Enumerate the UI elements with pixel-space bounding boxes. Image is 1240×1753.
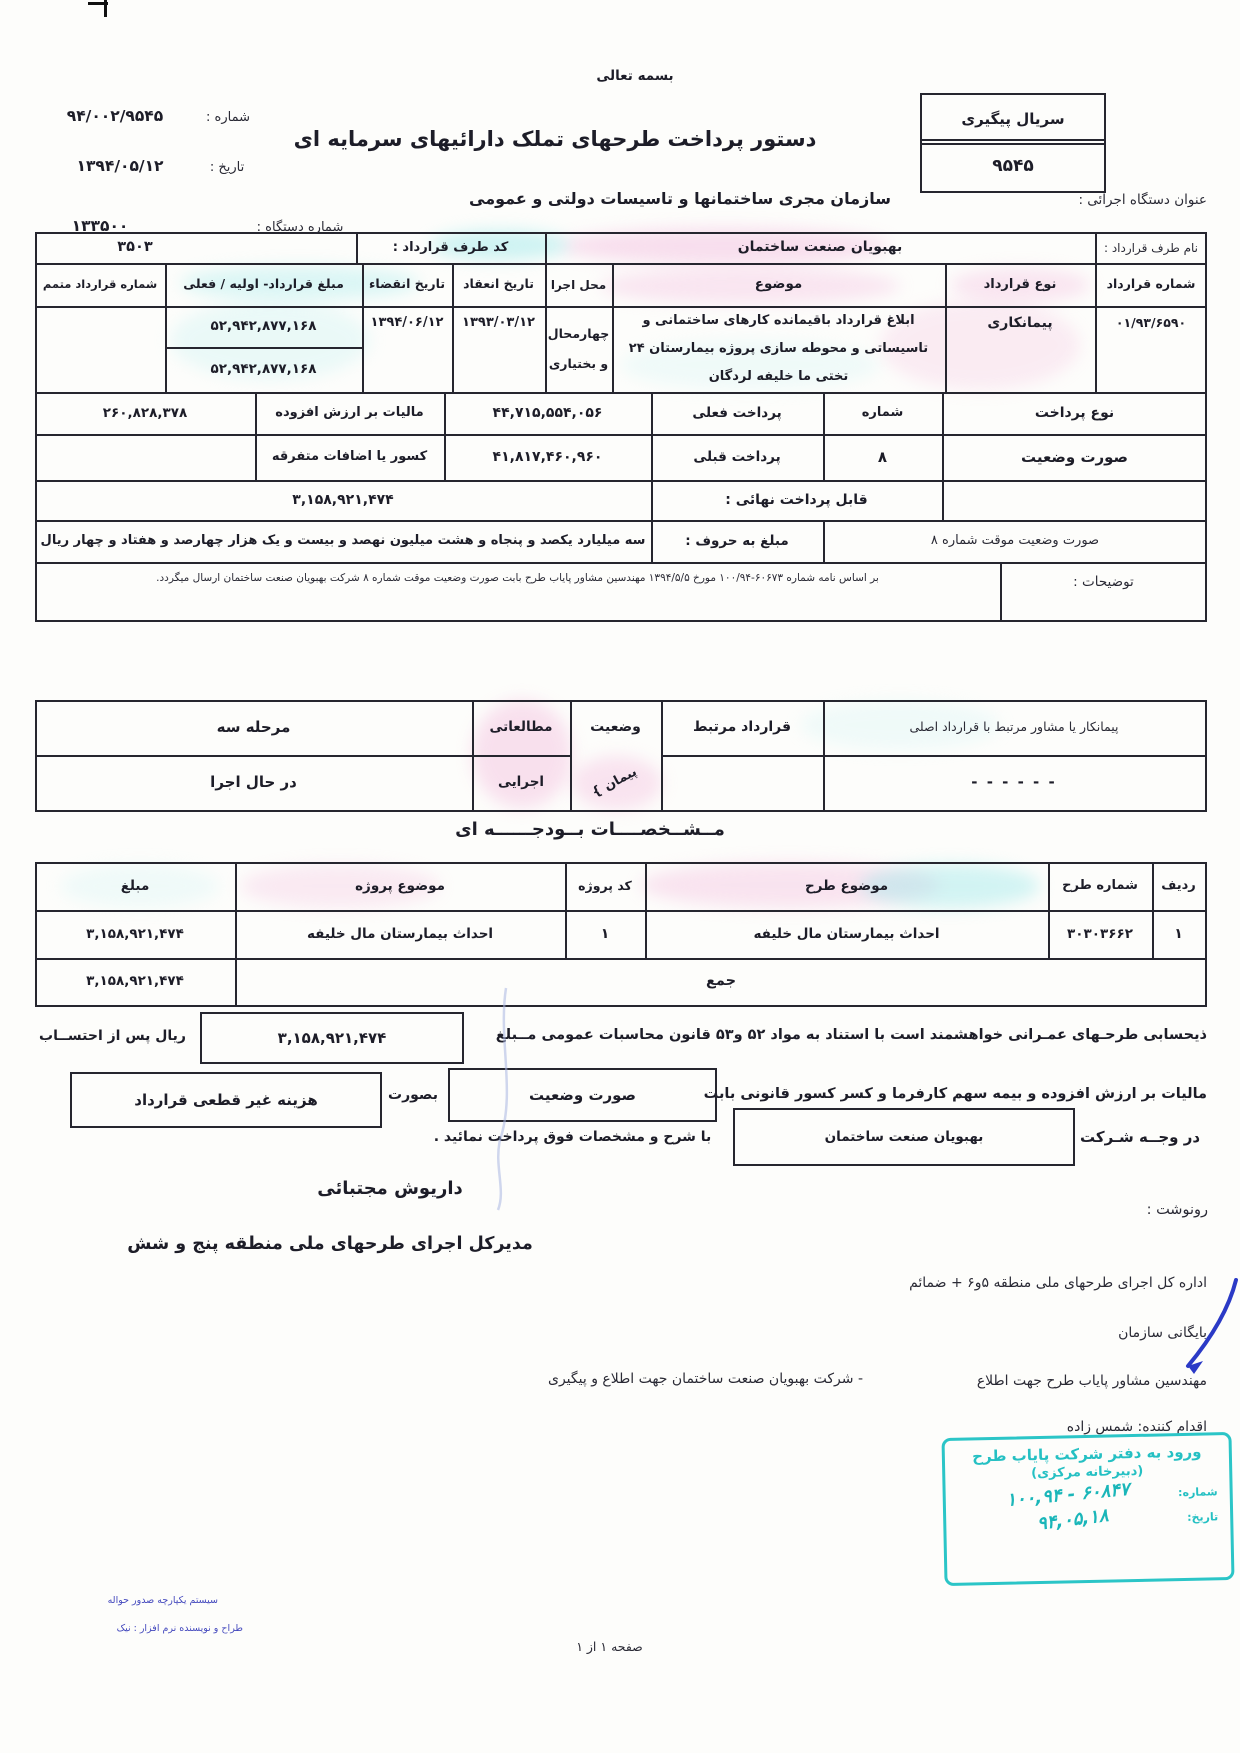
contract-amount-initial: ۵۲,۹۴۲,۸۷۷,۱۶۸ [165, 306, 362, 347]
contract-type-value: پیمانکاری [945, 306, 1095, 340]
contract-sign-date-value: ۱۳۹۳/۰۳/۱۲ [452, 306, 545, 340]
stamp-date-label: تاریخ: [1187, 1510, 1218, 1524]
device-number-label: شماره دستگاه : [240, 216, 360, 240]
budget-row-plan-subject: احداث بیمارستان مال خلیفه [645, 910, 1048, 958]
status-option-study: مطالعاتی [472, 700, 570, 755]
footer-software-credit: طراح و نویسنده نرم افزار : نیک [58, 1622, 243, 1636]
doc-date-value: ۱۳۹۴/۰۵/۱۲ [45, 154, 195, 180]
doc-number-label: شماره : [193, 106, 263, 130]
instruction-line1-text: ذیحسابی طرحـهای عمـرانی خواهشمند است با … [470, 1012, 1207, 1060]
contract-location-value: چهارمحال و بختیاری [545, 306, 612, 392]
contract-sign-date-header: تاریخ انعقاد [452, 263, 545, 306]
budget-row-plan-no: ۳۰۳۰۳۶۶۲ [1048, 910, 1152, 958]
budget-row-project-code: ۱ [565, 910, 645, 958]
budget-header-plan-subject: موضوع طرح [645, 862, 1048, 910]
tracking-serial-value: ۹۵۴۵ [920, 139, 1106, 193]
scan-corner-mark [104, 0, 107, 17]
scanned-payment-order-document: بسمه تعالی دستور پرداخت طرحهای تملک دارا… [0, 0, 1240, 1753]
doc-number-value: ۹۴/۰۰۲/۹۵۴۵ [40, 104, 190, 130]
net-payable-value: ۳,۱۵۸,۹۲۱,۴۷۴ [35, 480, 651, 520]
contract-expire-date-value: ۱۳۹۴/۰۶/۱۲ [362, 306, 452, 340]
stamp-title: ورود به دفتر شرکت پایاب طرح [972, 1443, 1202, 1466]
current-payment-value: ۴۴,۷۱۵,۵۵۴,۰۵۶ [444, 392, 651, 434]
entry-stamp: ورود به دفتر شرکت پایاب طرح (دبیرخانه مر… [941, 1432, 1234, 1586]
budget-total-label: جمع [235, 958, 1207, 1005]
payment-type-header: نوع پرداخت [942, 392, 1207, 434]
contract-amount-current: ۵۲,۹۴۲,۸۷۷,۱۶۸ [165, 349, 362, 390]
related-contractor-label: پیمانکار یا مشاور مرتبط با قرارداد اصلی [823, 700, 1205, 755]
grid-line [35, 620, 1207, 622]
contract-subject-value: ابلاغ قرارداد باقیمانده کارهای ساختمانی … [612, 306, 945, 392]
budget-total-amount: ۳,۱۵۸,۹۲۱,۴۷۴ [35, 958, 235, 1005]
budget-row-project-subject: احداث بیمارستان مال خلیفه [235, 910, 565, 958]
cc-company-note: - شرکت بهبویان صنعت ساختمان جهت اطلاع و … [458, 1366, 863, 1392]
net-payable-label: قابل پرداخت نهائی : [651, 480, 942, 520]
budget-header-row: ردیف [1152, 862, 1205, 910]
stage-value: در حال اجرا [35, 755, 472, 810]
budget-row-amount: ۳,۱۵۸,۹۲۱,۴۷۴ [35, 910, 235, 958]
status-option-exec: اجرایی [472, 755, 570, 810]
instruction-amount-box: ۳,۱۵۸,۹۲۱,۴۷۴ [200, 1012, 464, 1064]
page-number: صفحه ۱ از ۱ [552, 1636, 667, 1658]
payment-no-header: شماره [823, 392, 942, 434]
grid-line [35, 1005, 1207, 1007]
contract-no-value: ۰۱/۹۳/۶۵۹۰ [1095, 306, 1207, 340]
budget-row-index: ۱ [1152, 910, 1205, 958]
amount-in-words-value: سه میلیارد یکصد و پنجاه و هشت میلیون نهص… [35, 520, 651, 562]
budget-section-title: مــشــخصــــات بــودجــــــه ای [390, 812, 790, 846]
contract-no-header: شماره قرارداد [1095, 263, 1207, 306]
budget-header-plan-no: شماره طرح [1048, 862, 1152, 910]
cc-item: بایگانی سازمان [1015, 1320, 1207, 1346]
amount-in-words-label: مبلغ به حروف : [651, 520, 823, 562]
payment-no-value: ۸ [823, 434, 942, 480]
budget-header-project-code: کد پروژه [565, 862, 645, 910]
current-payment-label: پرداخت فعلی [651, 392, 823, 434]
doc-date-label: تاریخ : [197, 156, 257, 180]
signatory-title: مدیرکل اجرای طرحهای ملی منطقه پنج و شش [75, 1228, 585, 1260]
stage-label: مرحله سه [35, 700, 472, 755]
grid-line [1205, 700, 1207, 810]
contract-expire-date-header: تاریخ انقضاء [362, 263, 452, 306]
vat-label: مالیات بر ارزش افزوده [255, 392, 444, 434]
instruction-line1-tail: ریال پس از احتســاب [30, 1012, 195, 1060]
vat-value: ۲۶۰,۸۲۸,۳۷۸ [35, 392, 255, 434]
statement-ref: صورت وضعیت موقت شماره ۸ [823, 520, 1207, 562]
footer-system-name: سیستم یکپارچه صدور حواله [58, 1594, 218, 1608]
cc-item: اداره کل اجرای طرحهای ملی منطقه ۵و۶ + ضم… [828, 1270, 1207, 1296]
contract-subject-header: موضوع [612, 263, 945, 306]
budget-header-project-subject: موضوع پروژه [235, 862, 565, 910]
party-name-value: بهبویان صنعت ساختمان [545, 232, 1095, 263]
org-name: سازمان مجری ساختمانها و تاسیسات دولتی و … [470, 186, 890, 212]
payment-type-value: صورت وضعیت [942, 434, 1207, 480]
deductions-label: کسور یا اضافات متفرقه [255, 434, 444, 480]
contract-amount-header: مبلغ قرارداد- اولیه / فعلی [165, 263, 362, 306]
document-title: دستور پرداخت طرحهای تملک دارائیهای سرمای… [300, 122, 810, 158]
cc-label: رونوشت : [1138, 1198, 1208, 1224]
notes-label: توضیحات : [1000, 562, 1207, 602]
instruction-line3-tail: با شرح و مشخصات فوق پرداخت نمائید . [415, 1112, 730, 1162]
payee-company-box: بهبویان صنعت ساختمان [733, 1108, 1075, 1166]
contract-type-header: نوع قرارداد [945, 263, 1095, 306]
party-code-value: ۳۵۰۳ [35, 232, 235, 263]
notes-text: بر اساس نامه شماره ‪۱۰۰/۹۴-۶۰۶۷۳‬ مورخ ۱… [35, 566, 1000, 592]
cc-item: مهندسین مشاور پایاب طرح جهت اطلاع [898, 1368, 1207, 1394]
pay-to-label: در وجــه شـرکت [1073, 1112, 1207, 1162]
expense-type-box: هزینه غیر قطعی قرارداد [70, 1072, 382, 1128]
previous-payment-value: ۴۱,۸۱۷,۴۶۰,۹۶۰ [444, 434, 651, 480]
related-contractor-value: - - - - - - [823, 755, 1205, 810]
party-name-label: نام طرف قرارداد : [1095, 232, 1207, 263]
tracking-serial-label: سریال پیگیری [920, 93, 1106, 145]
contract-supplement-header: شماره قرارداد متمم [35, 263, 165, 306]
bismillah: بسمه تعالی [545, 64, 725, 88]
budget-header-amount: مبلغ [35, 862, 235, 910]
party-code-label: کد طرف قرارداد : [356, 232, 545, 263]
previous-payment-label: پرداخت قبلی [651, 434, 823, 480]
related-contract-label: قرارداد مرتبط [661, 700, 823, 755]
contract-location-header: محل اجرا [545, 263, 612, 306]
signatory-name: داریوش مجتبائی [265, 1172, 515, 1204]
